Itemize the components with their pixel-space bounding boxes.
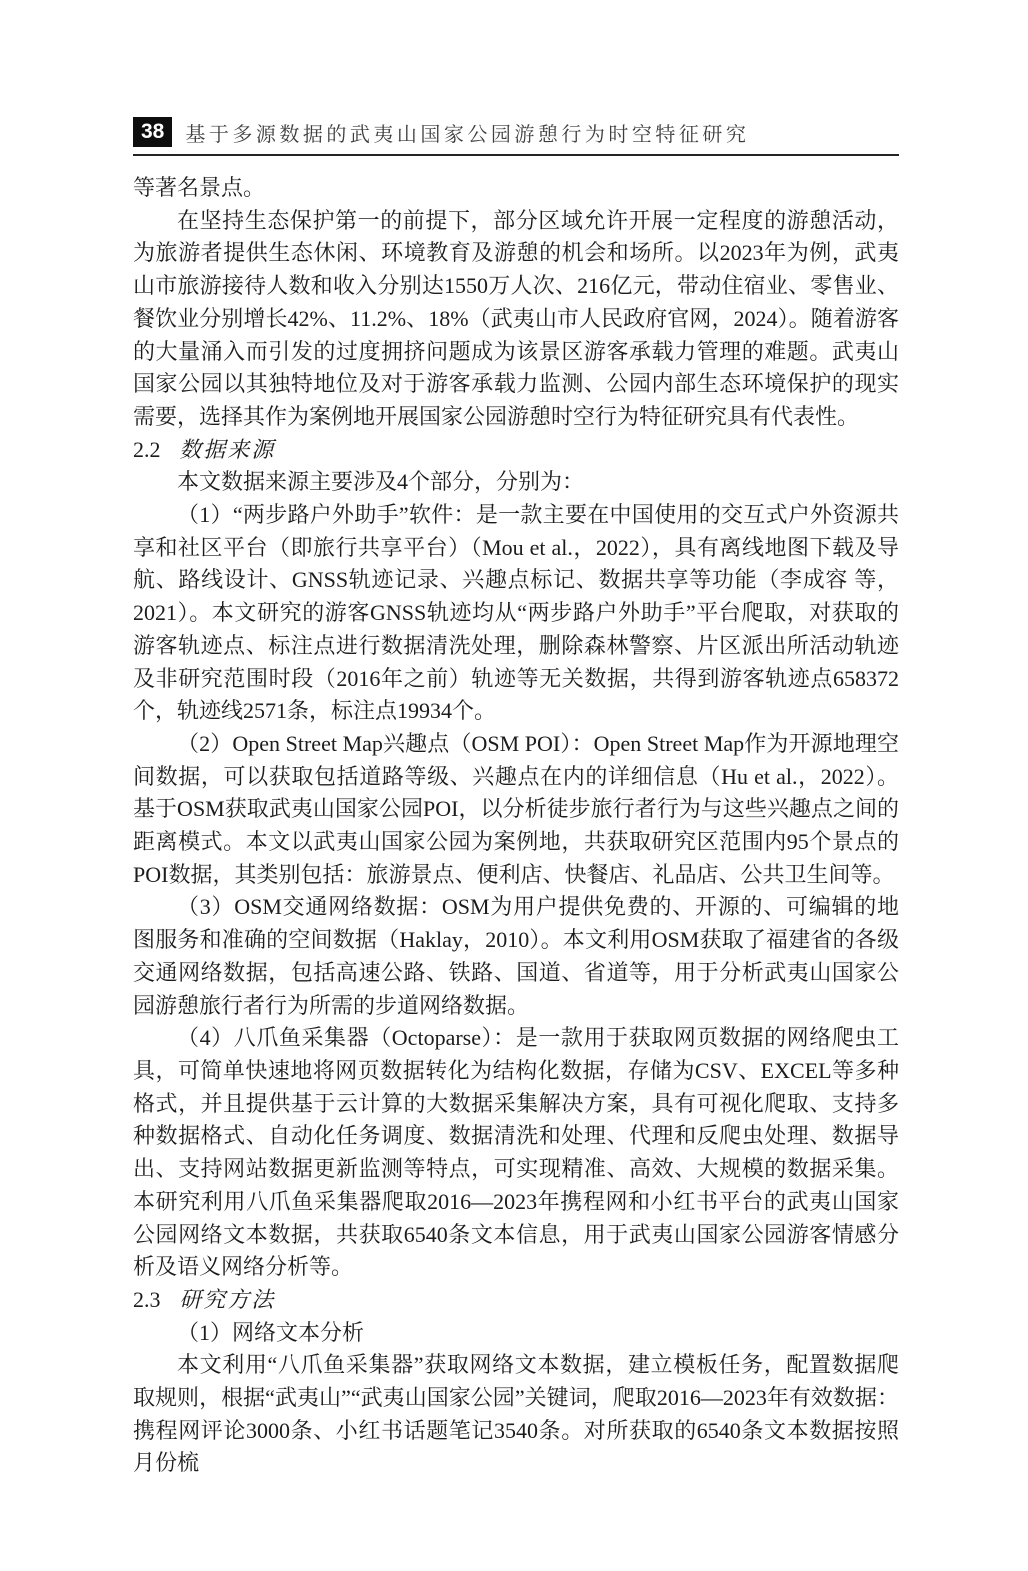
section-heading: 2.2数据来源	[133, 434, 899, 467]
paragraph: （1）“两步路户外助手”软件：是一款主要在中国使用的交互式户外资源共享和社区平台…	[133, 499, 899, 728]
running-header-title: 基于多源数据的武夷山国家公园游憩行为时空特征研究	[185, 118, 749, 147]
page-number-badge: 38	[133, 117, 172, 147]
section-number: 2.2	[133, 437, 161, 462]
paragraph: 本文利用“八爪鱼采集器”获取网络文本数据，建立模板任务，配置数据爬取规则，根据“…	[133, 1349, 899, 1480]
section-title: 数据来源	[179, 437, 275, 462]
document-page: 38 基于多源数据的武夷山国家公园游憩行为时空特征研究 等著名景点。 在坚持生态…	[0, 0, 1028, 1571]
paragraph: （1）网络文本分析	[133, 1317, 899, 1350]
paragraph-continuation: 等著名景点。	[133, 172, 899, 205]
section-number: 2.3	[133, 1287, 161, 1312]
running-header: 38 基于多源数据的武夷山国家公园游憩行为时空特征研究	[133, 117, 899, 156]
section-title: 研究方法	[179, 1287, 275, 1312]
paragraph: （2）Open Street Map兴趣点（OSM POI）：Open Stre…	[133, 728, 899, 892]
paragraph: （4）八爪鱼采集器（Octoparse）：是一款用于获取网页数据的网络爬虫工具，…	[133, 1022, 899, 1284]
body-text: 等著名景点。 在坚持生态保护第一的前提下，部分区域允许开展一定程度的游憩活动，为…	[133, 172, 899, 1480]
paragraph: （3）OSM交通网络数据：OSM为用户提供免费的、开源的、可编辑的地图服务和准确…	[133, 891, 899, 1022]
paragraph: 本文数据来源主要涉及4个部分，分别为：	[133, 466, 899, 499]
section-heading: 2.3研究方法	[133, 1284, 899, 1317]
page-content: 38 基于多源数据的武夷山国家公园游憩行为时空特征研究 等著名景点。 在坚持生态…	[133, 117, 899, 1480]
paragraph: 在坚持生态保护第一的前提下，部分区域允许开展一定程度的游憩活动，为旅游者提供生态…	[133, 205, 899, 434]
